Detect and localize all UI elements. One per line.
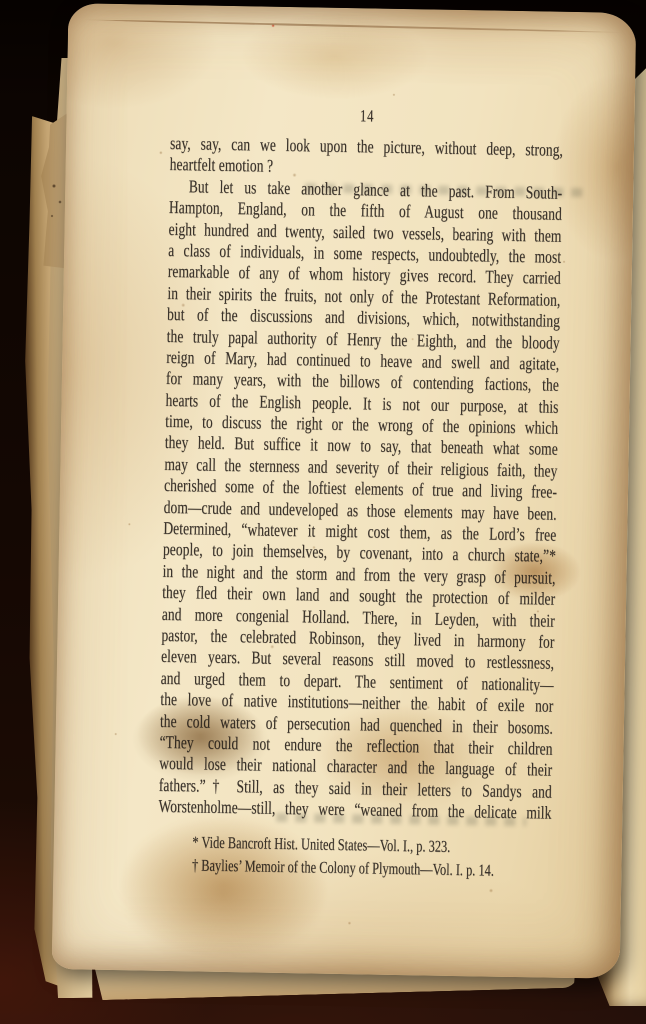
book-photo: 14 say, say, can we look upon the pictur…: [0, 0, 646, 1024]
footnote: † Baylies’ Memoir of the Colony of Plymo…: [192, 853, 551, 882]
footnotes: * Vide Bancroft Hist. United States—Vol.…: [157, 829, 551, 882]
body-lines: say, say, can we look upon the picture, …: [158, 133, 563, 824]
book-page: 14 say, say, can we look upon the pictur…: [52, 3, 637, 979]
page-top-crease: [84, 19, 623, 34]
page-number: 14: [170, 103, 563, 131]
page-text-block: 14 say, say, can we look upon the pictur…: [157, 103, 563, 882]
